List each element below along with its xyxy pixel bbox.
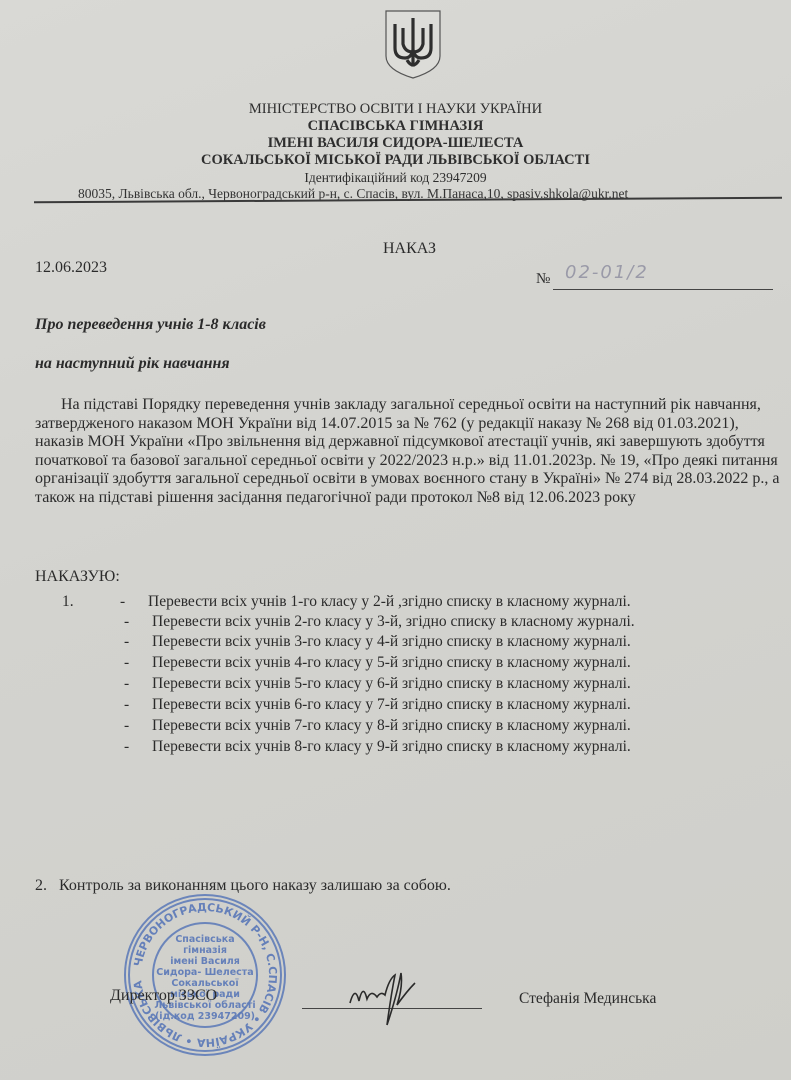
header-school-name: СПАСІВСЬКА ГІМНАЗІЯ xyxy=(0,118,791,135)
item-number: 1. xyxy=(62,593,74,611)
list-item: Перевести всіх учнів 7-го класу у 8-й зг… xyxy=(152,717,631,735)
order-number-label: № xyxy=(536,271,550,288)
signature-position: Директор ЗЗСО xyxy=(110,987,217,1005)
trident-coat-of-arms-icon xyxy=(383,8,443,80)
order-number-handwritten: 02-01/2 xyxy=(565,262,649,283)
svg-text:Спасівська: Спасівська xyxy=(175,934,234,945)
dash-bullet: - xyxy=(124,633,129,651)
dash-bullet: - xyxy=(124,613,129,631)
list-item: Перевести всіх учнів 5-го класу у 6-й зг… xyxy=(152,675,631,693)
dash-bullet: - xyxy=(124,717,129,735)
dash-bullet: - xyxy=(120,593,125,611)
order-subject-line-2: на наступний рік навчання xyxy=(35,355,230,373)
dash-bullet: - xyxy=(124,738,129,756)
order-preamble: На підставі Порядку переведення учнів за… xyxy=(35,396,780,507)
dash-bullet: - xyxy=(124,675,129,693)
dash-bullet: - xyxy=(124,654,129,672)
header-id-code: Ідентифікаційний код 23947209 xyxy=(0,169,791,186)
list-item: Перевести всіх учнів 6-го класу у 7-й зг… xyxy=(152,696,631,714)
list-item: Перевести всіх учнів 4-го класу у 5-й зг… xyxy=(152,654,631,672)
signatory-name: Стефанія Мединська xyxy=(519,990,656,1008)
list-item: Перевести всіх учнів 1-го класу у 2-й ,з… xyxy=(148,593,631,611)
header-ministry: МІНІСТЕРСТВО ОСВІТИ І НАУКИ УКРАЇНИ xyxy=(0,101,791,118)
svg-text:Сидора- Шелеста: Сидора- Шелеста xyxy=(156,967,253,978)
order-subject-line-1: Про переведення учнів 1-8 класів xyxy=(35,316,266,334)
order-title: НАКАЗ xyxy=(383,240,436,258)
header-school-named-after: ІМЕНІ ВАСИЛЯ СИДОРА-ШЕЛЕСТА xyxy=(0,135,791,152)
header-council: СОКАЛЬСЬКОЇ МІСЬКОЇ РАДИ ЛЬВІВСЬКОЇ ОБЛА… xyxy=(0,152,791,169)
svg-text:імені Василя: імені Василя xyxy=(170,956,240,967)
list-item: Перевести всіх учнів 2-го класу у 3-й, з… xyxy=(152,613,635,631)
svg-text:гімназія: гімназія xyxy=(183,945,227,956)
handwritten-signature-icon xyxy=(345,965,425,1035)
order-word: НАКАЗУЮ: xyxy=(35,568,120,586)
list-item: Перевести всіх учнів 3-го класу у 4-й зг… xyxy=(152,633,631,651)
official-stamp-icon: ЧЕРВОНОГРАДСЬКИЙ Р-Н, С.СПАСІВ • УКРАЇНА… xyxy=(120,890,290,1060)
dash-bullet: - xyxy=(124,696,129,714)
list-item: Перевести всіх учнів 8-го класу у 9-й зг… xyxy=(152,738,631,756)
order-date: 12.06.2023 xyxy=(35,259,107,277)
order-number-line xyxy=(553,289,773,290)
svg-text:(ід.код 23947209): (ід.код 23947209) xyxy=(155,1011,255,1022)
